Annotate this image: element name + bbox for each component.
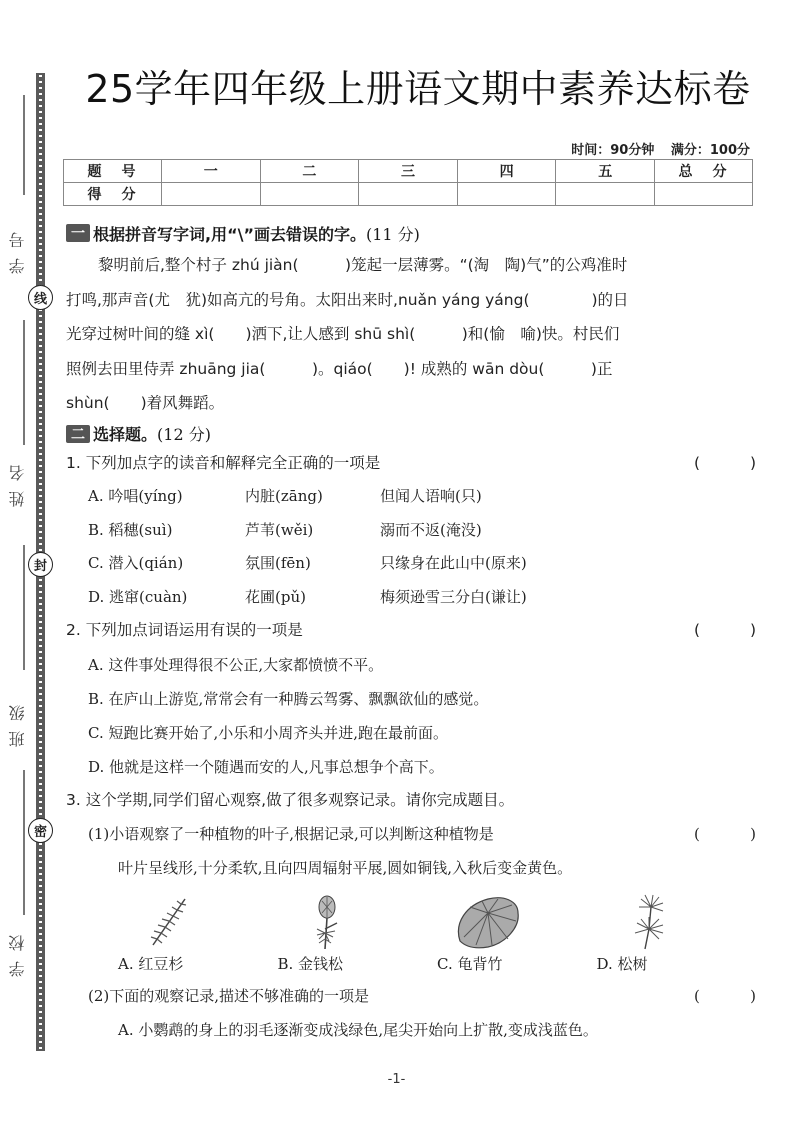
passage-line-5: shùn( )着风舞蹈。 — [66, 386, 756, 421]
section-1-heading: 根据拼音写字词,用“\”画去错误的字。 — [93, 222, 366, 245]
question-3-2-stem: (2)下面的观察记录,描述不够准确的一项是 — [88, 987, 369, 1005]
question-2-answer-blank[interactable]: () — [694, 614, 756, 648]
question-2-option-d[interactable]: D. 他就是这样一个随遇而安的人,凡事总想争个高下。 — [66, 750, 756, 784]
col-2: 二 — [260, 160, 359, 183]
section-2-heading: 选择题。 — [93, 422, 157, 445]
class-label: 班级 — [6, 695, 22, 747]
passage-line-1: 黎明前后,整个村子 zhú jiàn( )笼起一层薄雾。“(淘 陶)气”的公鸡准… — [66, 248, 756, 283]
monstera-leaf-icon — [408, 893, 568, 951]
section-2-badge: 二 — [66, 425, 90, 443]
question-1-stem: 1. 下列加点字的读音和解释完全正确的一项是 — [66, 454, 380, 472]
question-3: 3. 这个学期,同学们留心观察,做了很多观察记录。请你完成题目。 — [66, 784, 756, 818]
score-header: 得分 — [64, 183, 162, 206]
question-1-option-d[interactable]: D. 逃窜(cuàn) 花圃(pǔ) 梅须逊雪三分白(谦让) — [66, 581, 756, 615]
name-label: 姓名 — [6, 455, 22, 507]
question-3-2-option-a[interactable]: A. 小鹦鹉的身上的羽毛逐渐变成浅绿色,尾尖开始向上扩散,变成浅蓝色。 — [66, 1013, 756, 1047]
score-cell-4[interactable] — [457, 183, 556, 206]
seal-line-marker: 线 — [28, 285, 53, 310]
exam-meta: 时间：90分钟 满分：100分 — [559, 139, 750, 158]
question-3-1: (1)小语观察了一种植物的叶子,根据记录,可以判断这种植物是 () — [66, 817, 756, 851]
question-3-2-answer-blank[interactable]: () — [694, 979, 756, 1013]
plant-option-d[interactable]: D. 松树 — [597, 951, 757, 977]
question-1-answer-blank[interactable]: () — [694, 447, 756, 481]
col-total: 总分 — [655, 160, 753, 183]
question-1-option-c[interactable]: C. 潜入(qián) 氛围(fēn) 只缘身在此山中(原来) — [66, 547, 756, 581]
question-3-2: (2)下面的观察记录,描述不够准确的一项是 () — [66, 979, 756, 1013]
question-3-1-answer-blank[interactable]: () — [694, 817, 756, 851]
score-table-score-row: 得分 — [64, 183, 753, 206]
section-1-title: 一 根据拼音写字词,用“\”画去错误的字。 (11 分) — [66, 220, 756, 246]
score-table-header-row: 题号 一 二 三 四 五 总分 — [64, 160, 753, 183]
question-2-stem: 2. 下列加点词语运用有误的一项是 — [66, 621, 303, 639]
name-underline — [23, 320, 25, 445]
question-3-stem: 3. 这个学期,同学们留心观察,做了很多观察记录。请你完成题目。 — [66, 791, 514, 809]
plant-option-b[interactable]: B. 金钱松 — [278, 951, 438, 977]
col-1: 一 — [162, 160, 261, 183]
question-1: 1. 下列加点字的读音和解释完全正确的一项是 () — [66, 447, 756, 481]
question-2-option-b[interactable]: B. 在庐山上游览,常常会有一种腾云驾雾、飘飘欲仙的感觉。 — [66, 682, 756, 716]
exam-content: 一 根据拼音写字词,用“\”画去错误的字。 (11 分) 黎明前后,整个村子 z… — [66, 220, 756, 1047]
seal-secret-marker: 密 — [28, 818, 53, 843]
exam-title: 25学年四年级上册语文期中素养达标卷 — [68, 58, 768, 113]
section-1-points: (11 分) — [366, 222, 420, 245]
question-3-1-stem: (1)小语观察了一种植物的叶子,根据记录,可以判断这种植物是 — [88, 825, 494, 843]
class-underline — [23, 545, 25, 670]
question-1-option-b[interactable]: B. 稻穗(suì) 芦苇(wěi) 溺而不返(淹没) — [66, 514, 756, 548]
school-underline — [23, 770, 25, 915]
question-1-option-a[interactable]: A. 吟唱(yíng) 内脏(zāng) 但闻人语响(只) — [66, 480, 756, 514]
plant-option-a[interactable]: A. 红豆杉 — [118, 951, 278, 977]
exam-time: 时间：90分钟 — [571, 143, 654, 158]
binding-margin: 学号 线 姓名 封 班级 密 学校 — [0, 0, 60, 1122]
plant-option-c[interactable]: C. 龟背竹 — [437, 951, 597, 977]
score-cell-1[interactable] — [162, 183, 261, 206]
pine-branch-icon — [568, 893, 728, 951]
section-2-points: (12 分) — [157, 422, 211, 445]
question-3-1-description: 叶片呈线形,十分柔软,且向四周辐射平展,圆如铜钱,入秋后变金黄色。 — [66, 851, 756, 885]
page-number: -1- — [0, 1072, 793, 1087]
score-cell-2[interactable] — [260, 183, 359, 206]
question-2-option-c[interactable]: C. 短跑比赛开始了,小乐和小周齐头并进,跑在最前面。 — [66, 716, 756, 750]
question-2-option-a[interactable]: A. 这件事处理得很不公正,大家都愤愤不平。 — [66, 648, 756, 682]
plant-option-labels: A. 红豆杉 B. 金钱松 C. 龟背竹 D. 松树 — [66, 951, 756, 977]
plant-images — [66, 893, 756, 951]
golden-larch-icon — [248, 893, 408, 951]
school-label: 学校 — [6, 925, 22, 977]
section-1-passage: 黎明前后,整个村子 zhú jiàn( )笼起一层薄雾。“(淘 陶)气”的公鸡准… — [66, 248, 756, 421]
question-number-header: 题号 — [64, 160, 162, 183]
student-id-underline — [23, 95, 25, 195]
passage-line-2: 打鸣,那声音(尤 犹)如高亢的号角。太阳出来时,nuǎn yáng yáng( … — [66, 283, 756, 318]
section-2-title: 二 选择题。 (12 分) — [66, 421, 756, 447]
score-cell-total[interactable] — [655, 183, 753, 206]
passage-line-3: 光穿过树叶间的缝 xì( )洒下,让人感到 shū shì( )和(愉 喻)快。… — [66, 317, 756, 352]
section-1-badge: 一 — [66, 224, 90, 242]
seal-seal-marker: 封 — [28, 552, 53, 577]
score-cell-3[interactable] — [359, 183, 458, 206]
passage-line-4: 照例去田里侍弄 zhuāng jia( )。qiáo( )! 成熟的 wān d… — [66, 352, 756, 387]
score-cell-5[interactable] — [556, 183, 655, 206]
col-5: 五 — [556, 160, 655, 183]
score-table: 题号 一 二 三 四 五 总分 得分 — [63, 159, 753, 206]
yew-branch-icon — [88, 893, 248, 951]
exam-full-score: 满分：100分 — [671, 143, 750, 158]
question-2: 2. 下列加点词语运用有误的一项是 () — [66, 614, 756, 648]
student-id-label: 学号 — [6, 222, 22, 274]
col-3: 三 — [359, 160, 458, 183]
col-4: 四 — [457, 160, 556, 183]
